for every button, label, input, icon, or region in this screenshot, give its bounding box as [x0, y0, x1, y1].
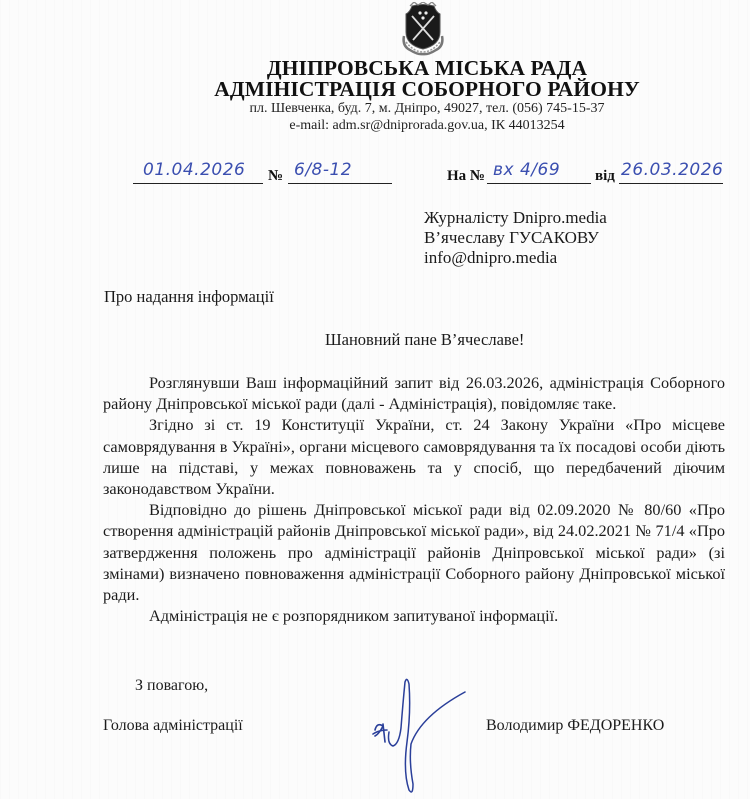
signatory-name: Володимир ФЕДОРЕНКО	[486, 717, 664, 735]
addressee-outlet: Журналісту Dnipro.media	[424, 208, 607, 228]
org-address: пл. Шевченка, буд. 7, м. Дніпро, 49027, …	[52, 101, 750, 117]
incoming-number-field: вх 4/69	[487, 161, 591, 184]
addressee-name: В’ячеславу ГУСАКОВУ	[424, 228, 607, 248]
incoming-date: 26.03.2026	[621, 160, 723, 180]
from-label: від	[595, 168, 615, 185]
org-subdivision: АДМІНІСТРАЦІЯ СОБОРНОГО РАЙОНУ	[52, 77, 750, 102]
coat-of-arms-icon	[400, 2, 446, 56]
outgoing-number: 6/8-12	[294, 160, 352, 180]
closing-regards: З повагою,	[135, 677, 208, 695]
outgoing-date: 01.04.2026	[143, 160, 245, 180]
number-label: №	[268, 168, 283, 185]
salutation: Шановний пане В’ячеславе!	[325, 330, 524, 350]
incoming-date-field: 26.03.2026	[619, 161, 723, 184]
org-contacts: e-mail: adm.sr@dniprorada.gov.ua, ІК 440…	[52, 118, 750, 134]
body-paragraph: Відповідно до рішень Дніпровської місько…	[103, 499, 725, 605]
incoming-number: вх 4/69	[493, 160, 560, 180]
letter-body: Розглянувши Ваш інформаційний запит від …	[103, 372, 725, 626]
body-paragraph: Адміністрація не є розпорядником запитув…	[103, 605, 725, 626]
addressee-email: info@dnipro.media	[424, 248, 607, 268]
letter-page: ДНІПРОВСЬКА МІСЬКА РАДА АДМІНІСТРАЦІЯ СО…	[0, 0, 750, 799]
body-paragraph: Розглянувши Ваш інформаційний запит від …	[103, 372, 725, 414]
addressee-block: Журналісту Dnipro.media В’ячеславу ГУСАК…	[424, 208, 607, 268]
outgoing-date-field: 01.04.2026	[133, 161, 263, 184]
letter-subject: Про надання інформації	[104, 287, 274, 307]
reply-to-label: На №	[447, 168, 485, 185]
outgoing-number-field: 6/8-12	[288, 161, 392, 184]
signatory-position: Голова адміністрації	[103, 717, 243, 735]
handwritten-signature-icon	[365, 672, 475, 797]
body-paragraph: Згідно зі ст. 19 Конституції України, ст…	[103, 414, 725, 499]
